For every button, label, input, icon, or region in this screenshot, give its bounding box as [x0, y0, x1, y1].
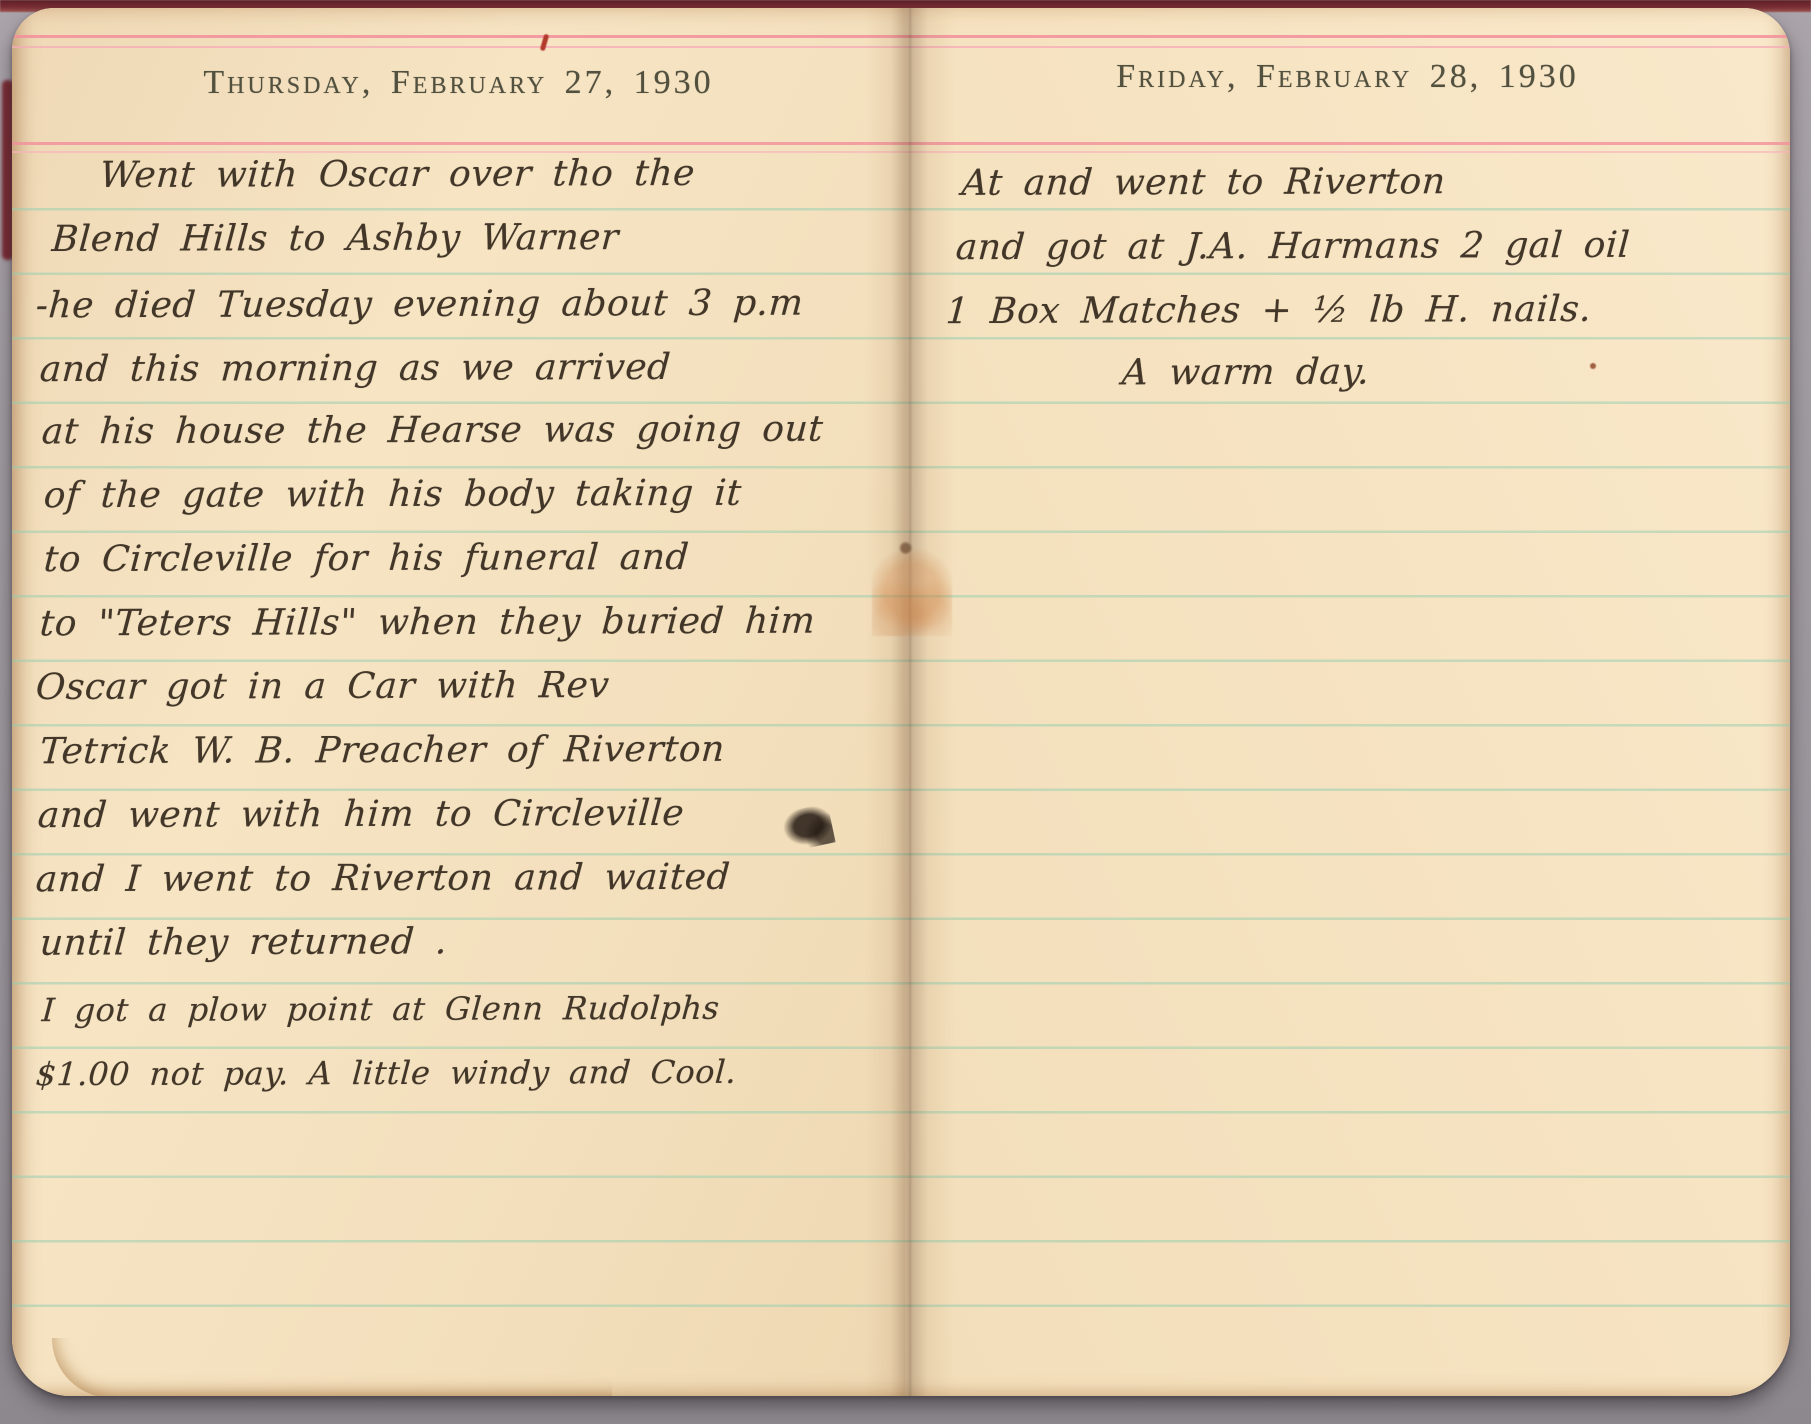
handwritten-line: Blend Hills to Ashby Warner	[51, 217, 620, 260]
handwritten-line: 1 Box Matches + ½ lb H. nails.	[945, 289, 1593, 332]
handwritten-line: Tetrick W. B. Preacher of Riverton	[39, 729, 727, 772]
right-page: Friday, February 28, 1930	[905, 8, 1790, 1396]
handwritten-line: until they returned .	[39, 921, 449, 963]
handwritten-line: -he died Tuesday evening about 3 p.m	[35, 283, 805, 327]
handwritten-line: to Circleville for his funeral and	[43, 537, 691, 580]
handwritten-line: A warm day.	[1121, 352, 1371, 394]
handwritten-line: and went with him to Circleville	[37, 793, 686, 836]
handwritten-line: and this morning as we arrived	[39, 347, 673, 390]
left-page-date-header: Thursday, February 27, 1930	[12, 64, 905, 102]
handwritten-line: Oscar got in a Car with Rev	[35, 665, 611, 708]
handwritten-line: At and went to Riverton	[961, 161, 1447, 204]
handwritten-line: $1.00 not pay. A little windy and Cool.	[35, 1053, 738, 1093]
handwritten-line: at his house the Hearse was going out	[41, 409, 825, 453]
handwritten-line: of the gate with his body taking it	[43, 473, 743, 516]
handwritten-line: and I went to Riverton and waited	[35, 857, 732, 900]
diary-book-spread: Thursday, February 27, 1930 Friday, Febr…	[12, 8, 1790, 1396]
handwritten-line: to "Teters Hills" when they buried him	[39, 601, 817, 645]
handwritten-line: I got a plow point at Glenn Rudolphs	[41, 989, 721, 1029]
right-page-date-header: Friday, February 28, 1930	[905, 58, 1790, 96]
handwritten-line: Went with Oscar over tho the	[99, 153, 697, 196]
handwritten-line: and got at J.A. Harmans 2 gal oil	[955, 225, 1632, 268]
